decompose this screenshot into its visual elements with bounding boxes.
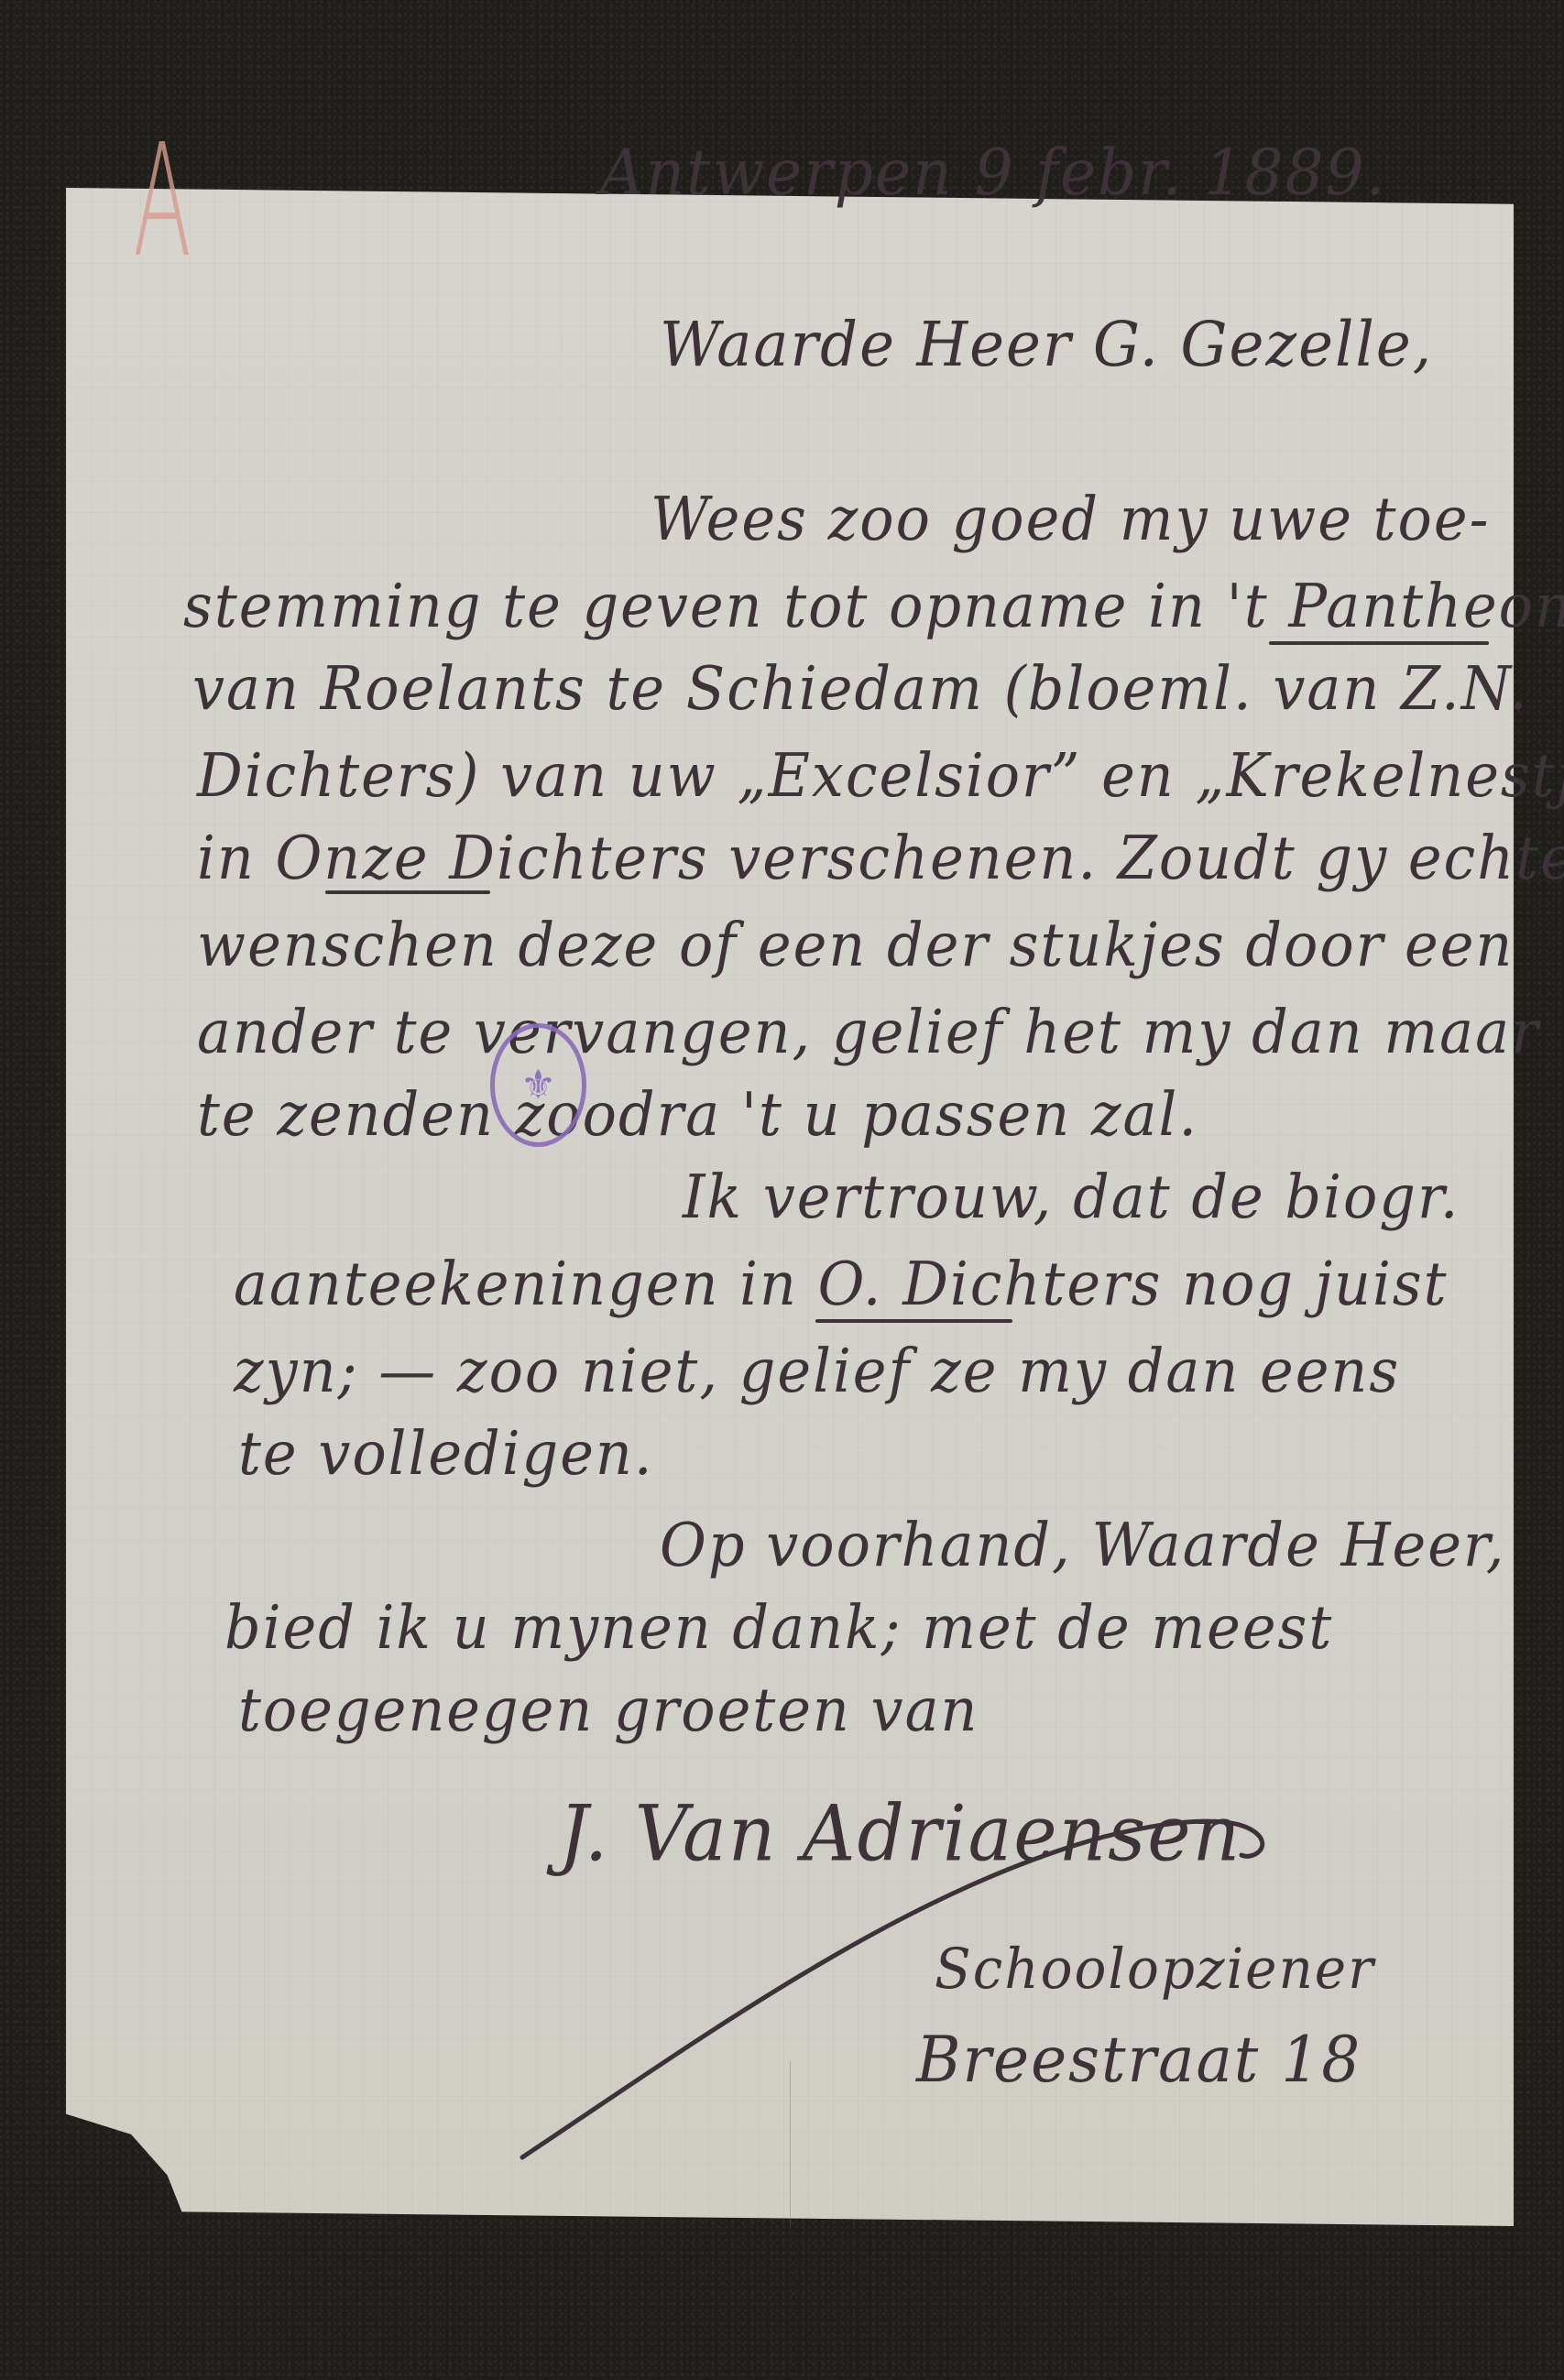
archive-pencil-mark: A [133, 124, 169, 279]
body-line-5: in Onze Dichters verschenen. Zoudt gy ec… [197, 823, 1564, 893]
body-line-7: ander te vervangen, gelief het my dan ma… [197, 997, 1540, 1067]
body-line-10: aanteekeningen in O. Dichters nog juist [234, 1249, 1449, 1319]
body-line-4: Dichters) van uw „Excelsior” en „Krekeln… [197, 740, 1564, 811]
body-line-9: Ik vertrouw, dat de biogr. [683, 1162, 1460, 1232]
body-line-14: bied ik u mynen dank; met de meest [224, 1592, 1333, 1663]
salutation: Waarde Heer G. Gezelle, [660, 310, 1433, 381]
body-line-11: zyn; — zoo niet, gelief ze my dan eens [234, 1336, 1400, 1406]
sender-address: Breestraat 18 [916, 2023, 1362, 2097]
library-stamp-icon: ⚜ [490, 1023, 586, 1147]
body-line-13: Op voorhand, Waarde Heer, [660, 1510, 1505, 1580]
underline-pantheon [1269, 641, 1489, 645]
dateline: Antwerpen 9 febr. 1889. [600, 136, 1387, 210]
body-line-8: te zenden zoodra 't u passen zal. [197, 1079, 1198, 1150]
body-line-1: Wees zoo goed my uwe toe- [651, 484, 1491, 554]
underline-o-dichters [815, 1319, 1012, 1323]
body-line-15: toegenegen groeten van [238, 1675, 979, 1745]
underline-onze-dichters [325, 890, 490, 894]
sender-title: Schoolopziener [935, 1936, 1375, 2001]
body-line-2: stemming te geven tot opname in 't Panth… [183, 571, 1564, 641]
body-line-3: van Roelants te Schiedam (bloeml. van Z.… [192, 653, 1529, 724]
body-line-6: wenschen deze of een der stukjes door ee… [197, 910, 1514, 980]
body-line-12: te volledigen. [238, 1418, 654, 1489]
